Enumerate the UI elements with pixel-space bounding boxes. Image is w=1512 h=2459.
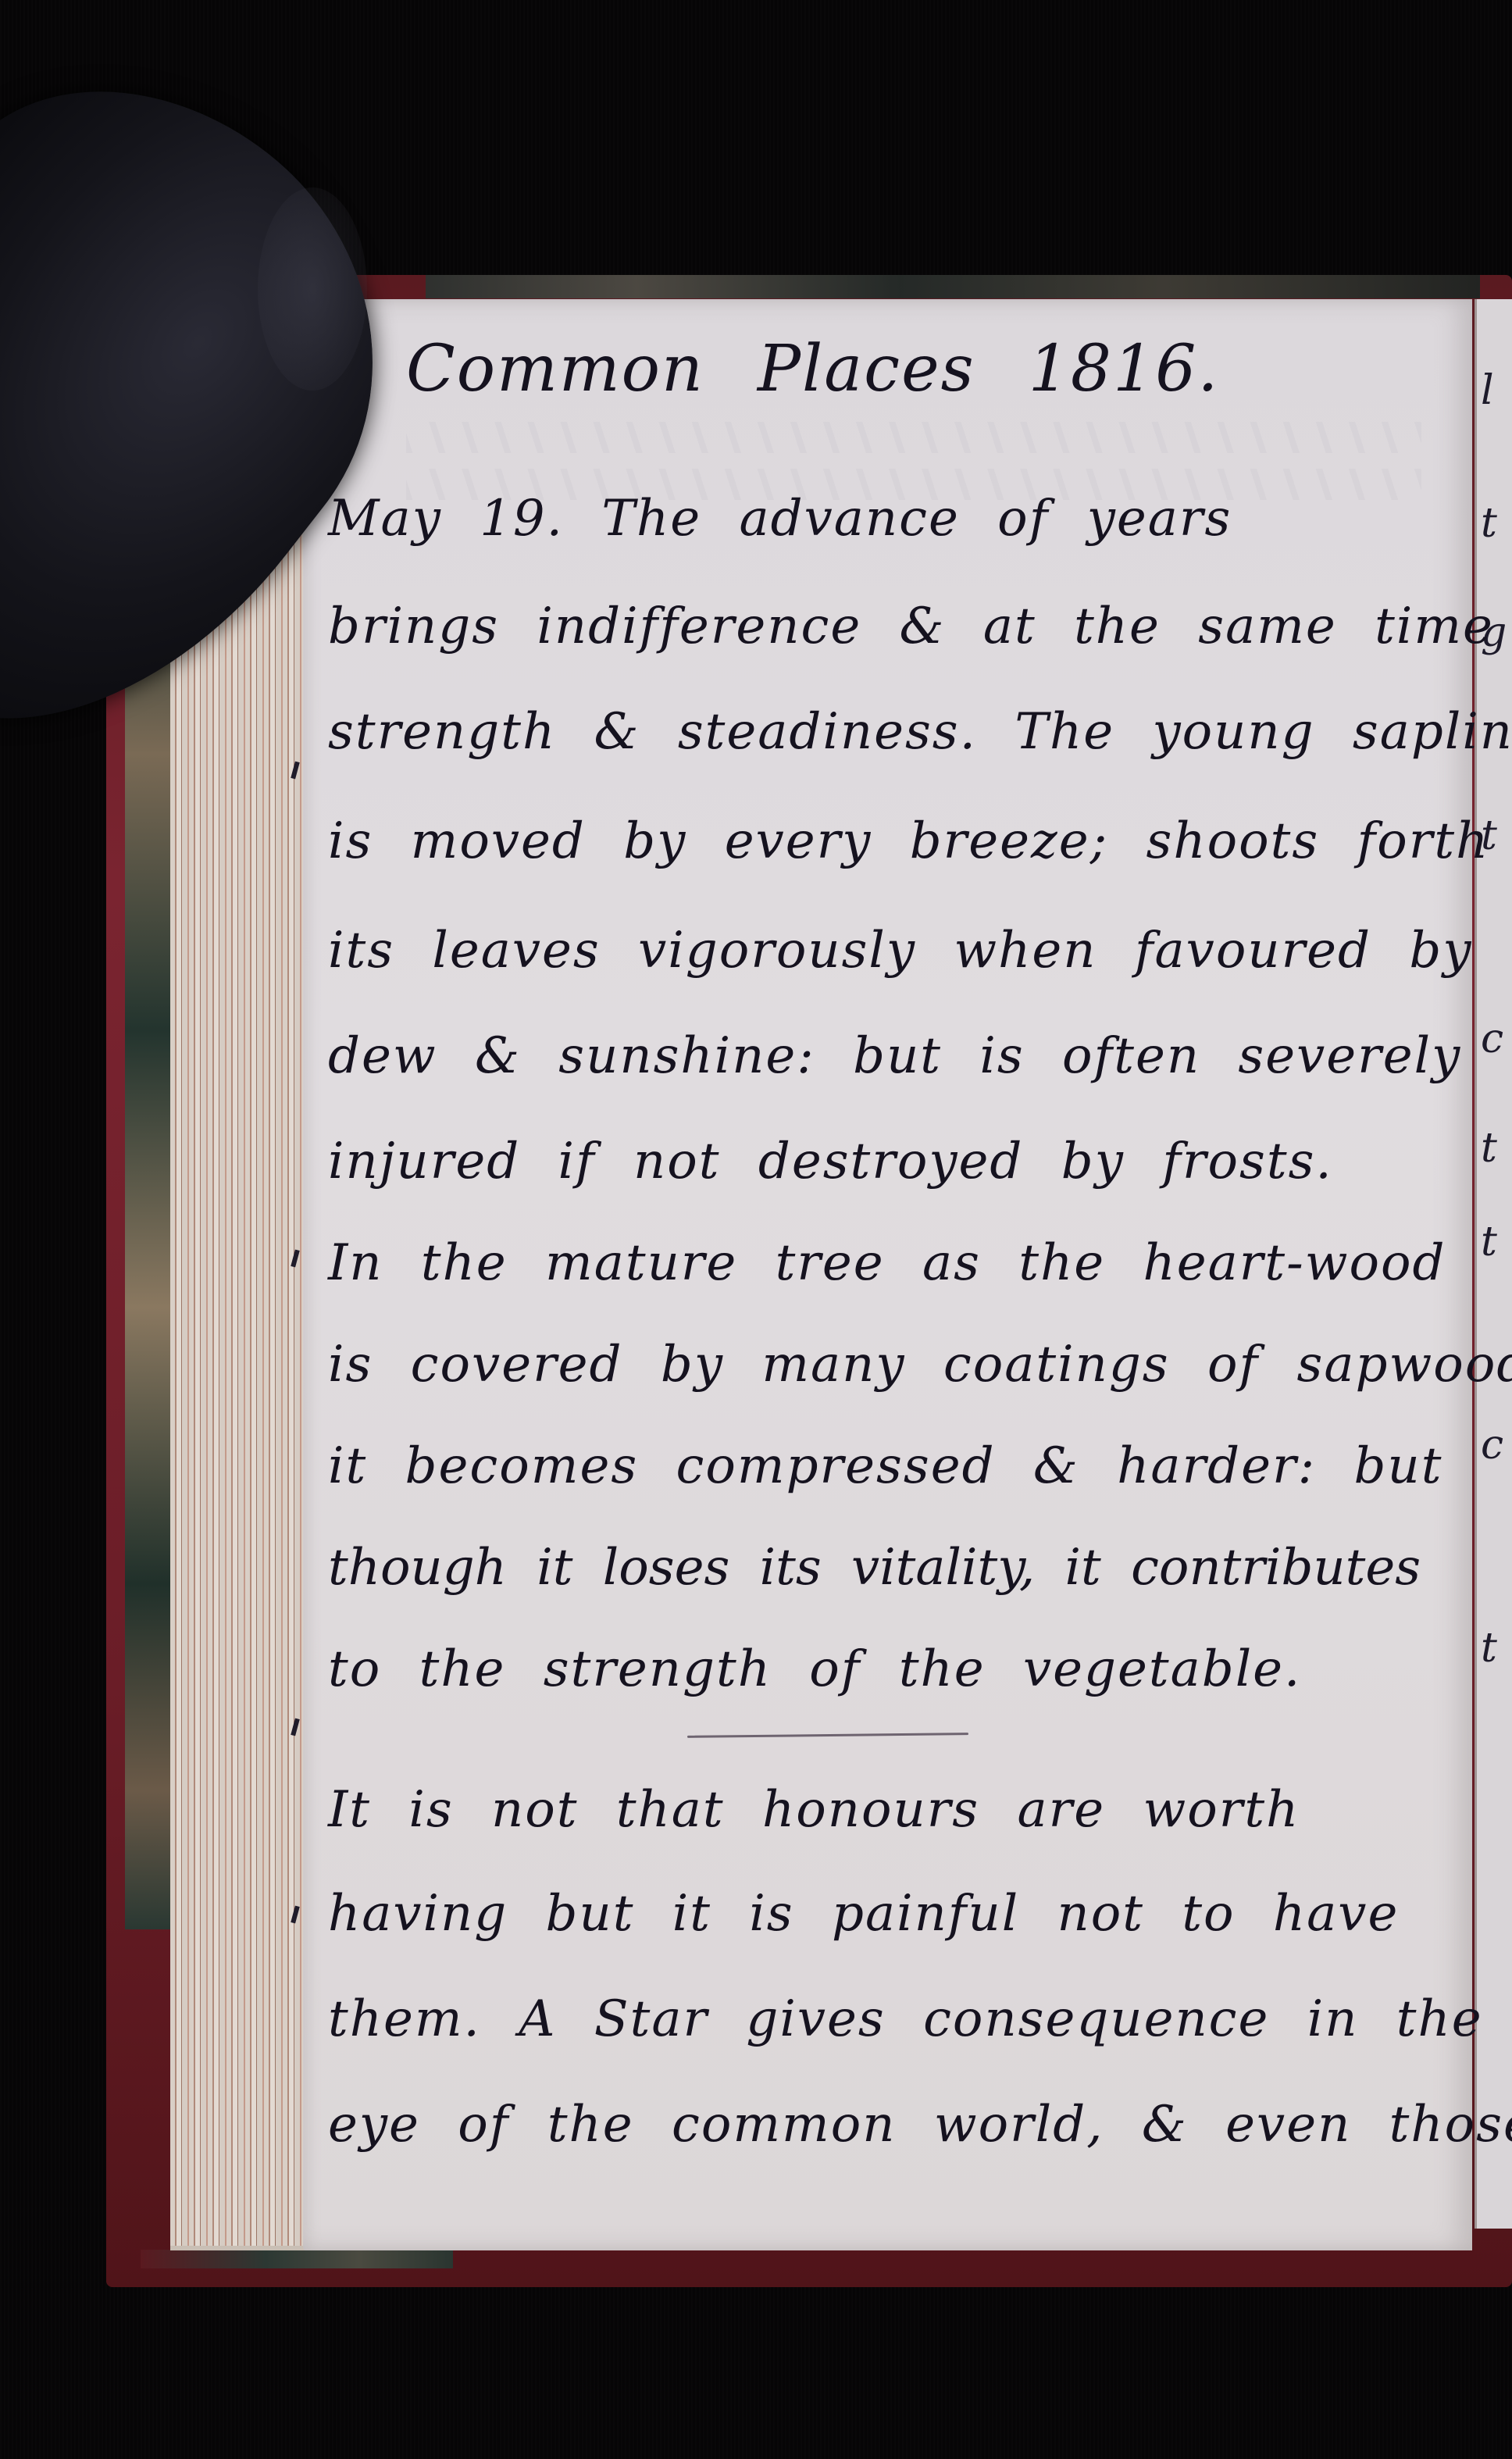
text-line: to the strength of the vegetable. [328, 1644, 1453, 1694]
text-line: though it loses its vitality, it contrib… [328, 1543, 1453, 1593]
text-line: eye of the common world, & even those [328, 2100, 1453, 2150]
marbled-edge-left [125, 547, 170, 1929]
text-line: In the mature tree as the heart-wood [328, 1238, 1453, 1288]
facing-page-fragment: t [1481, 500, 1497, 547]
marbled-edge-bottom [141, 2250, 453, 2268]
facing-page-fragment: c [1481, 1015, 1503, 1062]
text-line: strength & steadiness. The young sapling [328, 707, 1453, 757]
facing-page-fragment: t [1481, 1219, 1497, 1265]
text-line: It is not that honours are worth [328, 1785, 1453, 1835]
glove-highlight [258, 187, 367, 391]
text-line: them. A Star gives consequence in the [328, 1994, 1453, 2044]
facing-page-fragment: t [1481, 1125, 1497, 1172]
text-line: injured if not destroyed by frosts. [328, 1137, 1453, 1187]
text-line: is covered by many coatings of sapwood [328, 1340, 1453, 1390]
text-line: it becomes compressed & harder: but [328, 1441, 1453, 1491]
text-line: is moved by every breeze; shoots forth [328, 816, 1453, 866]
text-line: having but it is painful not to have [328, 1889, 1453, 1939]
text-line: brings indifference & at the same time [328, 601, 1453, 651]
facing-page-fragment: c [1481, 1422, 1503, 1469]
text-line: its leaves vigorously when favoured by [328, 926, 1453, 976]
page-title: Common Places 1816. [406, 337, 1512, 402]
text-line: dew & sunshine: but is often severely [328, 1031, 1453, 1081]
show-through-text [406, 422, 1421, 453]
text-line: May 19. The advance of years [328, 494, 1453, 544]
facing-page-fragment: t [1481, 1625, 1497, 1672]
page-stack-fore-edge [170, 484, 308, 2250]
marbled-edge-top [426, 275, 1480, 298]
